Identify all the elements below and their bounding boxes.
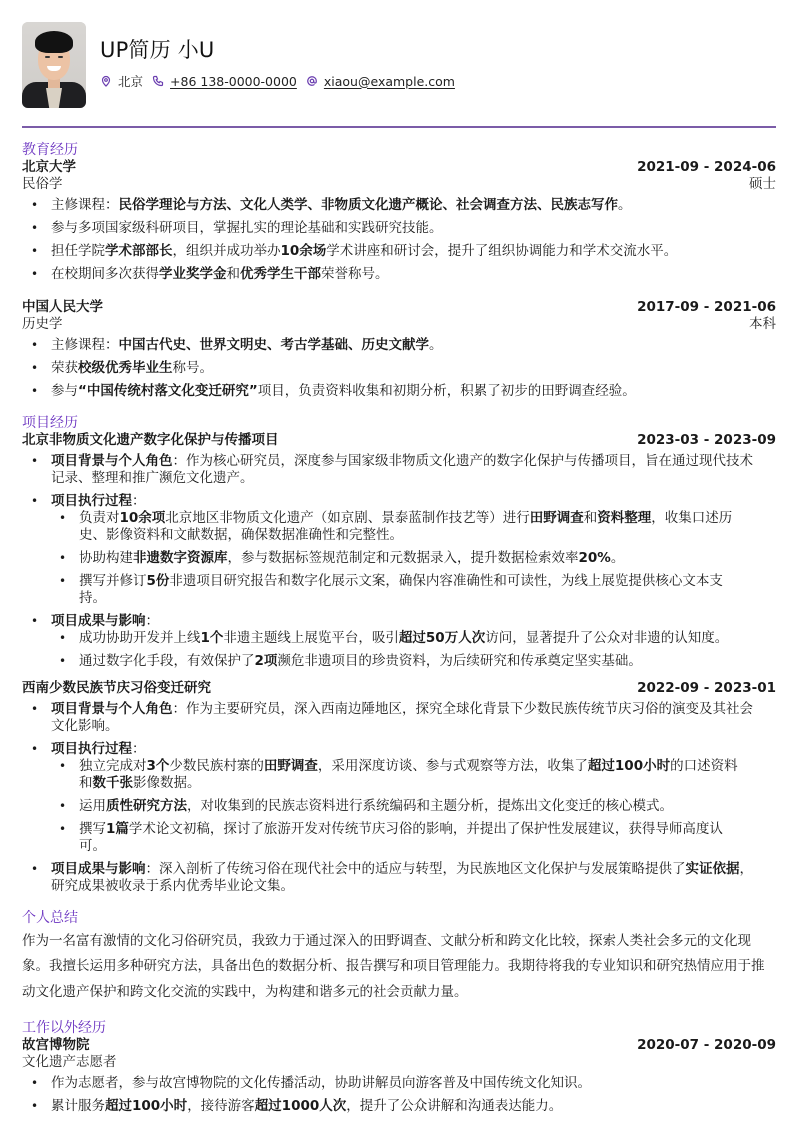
education-section: 教育经历 北京大学2021-09 - 2024-06民俗学硕士主修课程：民俗学理… (22, 141, 776, 400)
profile-photo (22, 22, 86, 108)
date-range: 2020-07 - 2020-09 (637, 1037, 776, 1054)
sub-bullet-item: 撰写并修订5份非遗项目研究报告和数字化展示文案，确保内容准确性和可读性，为线上展… (79, 573, 762, 607)
education-entry: 中国人民大学2017-09 - 2021-06历史学本科主修课程：中国古代史、世… (22, 299, 776, 400)
header-divider (22, 126, 776, 128)
contact-phone: +86 138-0000-0000 (152, 74, 297, 89)
emphasis-text: 质性研究方法 (106, 798, 187, 814)
emphasis-text: 超过50万人次 (399, 630, 485, 646)
date-range: 2021-09 - 2024-06 (637, 159, 776, 176)
text-run: 负责对 (79, 510, 120, 526)
bullet-list: 主修课程：民俗学理论与方法、文化人类学、非物质文化遗产概论、社会调查方法、民族志… (22, 197, 776, 283)
text-run: ，接待游客 (187, 1098, 255, 1114)
text-run: 累计服务 (51, 1098, 105, 1114)
bullet-item: 累计服务超过100小时，接待游客超过1000人次，提升了公众讲解和沟通表达能力。 (51, 1098, 776, 1115)
emphasis-text: 资料整理 (597, 510, 651, 526)
emphasis-text: 超过100小时 (105, 1098, 187, 1114)
text-run: 和 (227, 266, 241, 282)
text-run: 参与多项国家级科研项目，掌握扎实的理论基础和实践研究技能。 (51, 220, 443, 236)
emphasis-text: “中国传统村落文化变迁研究” (78, 383, 258, 399)
education-entry: 北京大学2021-09 - 2024-06民俗学硕士主修课程：民俗学理论与方法、… (22, 159, 776, 283)
emphasis-text: 校级优秀毕业生 (78, 360, 173, 376)
emphasis-text: 2项 (255, 653, 278, 669)
text-run: 非遗主题线上展览平台，吸引 (223, 630, 399, 646)
entry-row: 北京非物质文化遗产数字化保护与传播项目2023-03 - 2023-09 (22, 432, 776, 449)
text-run: 访问，显著提升了公众对非遗的认知度。 (485, 630, 728, 646)
text-run: ： (146, 613, 160, 629)
emphasis-text: 中国古代史、世界文明史、考古学基础、历史文献学 (119, 337, 430, 353)
summary-text: 作为一名富有激情的文化习俗研究员，我致力于通过深入的田野调查、文献分析和跨文化比… (22, 929, 776, 1006)
emphasis-text: 项目背景与个人角色 (51, 701, 173, 717)
project-name: 西南少数民族节庆习俗变迁研究 (22, 680, 211, 697)
project-entry: 西南少数民族节庆习俗变迁研究2022-09 - 2023-01项目背景与个人角色… (22, 680, 776, 895)
entry-row: 民俗学硕士 (22, 176, 776, 193)
emphasis-text: 项目成果与影响 (51, 613, 146, 629)
text-run: 非遗项目研究报告和数字化展示文案，确保内容准确性和可读性，为线上展览提供核心文本… (79, 573, 723, 606)
degree: 本科 (749, 316, 776, 333)
phone-icon (152, 75, 164, 87)
bullet-item: 项目执行过程：负责对10余项北京地区非物质文化遗产（如京剧、景泰蓝制作技艺等）进… (51, 493, 776, 607)
emphasis-text: 田野调查 (264, 758, 318, 774)
emphasis-text: 项目执行过程 (51, 741, 132, 757)
emphasis-text: 5份 (147, 573, 170, 589)
emphasis-text: 20% (579, 550, 611, 566)
date-range: 2017-09 - 2021-06 (637, 299, 776, 316)
contact-email: xiaou@example.com (306, 74, 455, 89)
text-run: 北京地区非物质文化遗产（如京剧、景泰蓝制作技艺等）进行 (165, 510, 530, 526)
sub-bullet-list: 成功协助开发并上线1个非遗主题线上展览平台，吸引超过50万人次访问，显著提升了公… (51, 630, 762, 670)
bullet-item: 参与“中国传统村落文化变迁研究”项目，负责资料收集和初期分析，积累了初步的田野调… (51, 383, 776, 400)
text-run: ：深入剖析了传统习俗在现代社会中的适应与转型，为民族地区文化保护与发展策略提供了 (146, 861, 686, 877)
bullet-item: 主修课程：民俗学理论与方法、文化人类学、非物质文化遗产概论、社会调查方法、民族志… (51, 197, 776, 214)
date-range: 2022-09 - 2023-01 (637, 680, 776, 697)
emphasis-text: 实证依据 (686, 861, 740, 877)
bullet-item: 项目执行过程：独立完成对3个少数民族村寨的田野调查，采用深度访谈、参与式观察等方… (51, 741, 776, 855)
header-info: UP简历 小U 北京 +86 138-0000-0000 (100, 22, 464, 90)
bullet-item: 作为志愿者，参与故宫博物院的文化传播活动，协助讲解员向游客普及中国传统文化知识。 (51, 1075, 776, 1092)
text-run: 。 (429, 337, 443, 353)
other-experience-section: 工作以外经历 故宫博物院2020-07 - 2020-09文化遗产志愿者作为志愿… (22, 1019, 776, 1115)
emphasis-text: 学术部部长 (105, 243, 173, 259)
entry-row: 历史学本科 (22, 316, 776, 333)
major: 历史学 (22, 316, 63, 333)
phone-link[interactable]: +86 138-0000-0000 (170, 74, 297, 89)
bullet-list: 项目背景与个人角色：作为核心研究员，深度参与国家级非物质文化遗产的数字化保护与传… (22, 453, 776, 670)
text-run: 称号。 (173, 360, 214, 376)
candidate-name: UP简历 小U (100, 37, 464, 63)
text-run: 和 (584, 510, 598, 526)
emphasis-text: 10余项 (120, 510, 166, 526)
sub-bullet-item: 撰写1篇学术论文初稿，探讨了旅游开发对传统节庆习俗的影响，并提出了保护性发展建议… (79, 821, 762, 855)
organization-name: 故宫博物院 (22, 1037, 90, 1054)
project-name: 北京非物质文化遗产数字化保护与传播项目 (22, 432, 279, 449)
bullet-item: 项目背景与个人角色：作为核心研究员，深度参与国家级非物质文化遗产的数字化保护与传… (51, 453, 776, 487)
text-run: 成功协助开发并上线 (79, 630, 201, 646)
emphasis-text: 数千张 (93, 775, 134, 791)
emphasis-text: 超过1000人次 (255, 1098, 347, 1114)
emphasis-text: 项目成果与影响 (51, 861, 146, 877)
text-run: 担任学院 (51, 243, 105, 259)
text-run: ： (132, 741, 146, 757)
email-link[interactable]: xiaou@example.com (324, 74, 455, 89)
text-run: ，参与数据标签规范制定和元数据录入，提升数据检索效率 (228, 550, 579, 566)
other-experience-entry: 故宫博物院2020-07 - 2020-09文化遗产志愿者作为志愿者，参与故宫博… (22, 1037, 776, 1115)
major: 民俗学 (22, 176, 63, 193)
text-run: 主修课程： (51, 197, 119, 213)
text-run: 撰写并修订 (79, 573, 147, 589)
text-run: ： (132, 493, 146, 509)
resume-page: UP简历 小U 北京 +86 138-0000-0000 (0, 0, 799, 1115)
bullet-list: 项目背景与个人角色：作为主要研究员，深入西南边陲地区，探究全球化背景下少数民族传… (22, 701, 776, 895)
text-run: 在校期间多次获得 (51, 266, 159, 282)
summary-section: 个人总结 作为一名富有激情的文化习俗研究员，我致力于通过深入的田野调查、文献分析… (22, 909, 776, 1006)
text-run: 影像数据。 (133, 775, 201, 791)
text-run: 协助构建 (79, 550, 133, 566)
text-run: 作为志愿者，参与故宫博物院的文化传播活动，协助讲解员向游客普及中国传统文化知识。 (51, 1075, 591, 1091)
text-run: 独立完成对 (79, 758, 147, 774)
text-run: 濒危非遗项目的珍贵资料，为后续研究和传承奠定坚实基础。 (277, 653, 642, 669)
bullet-item: 项目成果与影响：深入剖析了传统习俗在现代社会中的适应与转型，为民族地区文化保护与… (51, 861, 776, 895)
entry-row: 文化遗产志愿者 (22, 1054, 776, 1071)
date-range: 2023-03 - 2023-09 (637, 432, 776, 449)
text-run: 项目，负责资料收集和初期分析，积累了初步的田野调查经验。 (258, 383, 636, 399)
text-run: 撰写 (79, 821, 106, 837)
at-sign-icon (306, 75, 318, 87)
section-title-summary: 个人总结 (22, 909, 776, 927)
text-run: 主修课程： (51, 337, 119, 353)
emphasis-text: 非遗数字资源库 (133, 550, 228, 566)
sub-bullet-item: 运用质性研究方法，对收集到的民族志资料进行系统编码和主题分析，提炼出文化变迁的核… (79, 798, 762, 815)
text-run: ，组织并成功举办 (173, 243, 281, 259)
section-title-education: 教育经历 (22, 141, 776, 159)
school-name: 中国人民大学 (22, 299, 103, 316)
bullet-list: 主修课程：中国古代史、世界文明史、考古学基础、历史文献学。荣获校级优秀毕业生称号… (22, 337, 776, 400)
location-text: 北京 (118, 72, 143, 90)
text-run: 学术论文初稿，探讨了旅游开发对传统节庆习俗的影响，并提出了保护性发展建议，获得导… (79, 821, 723, 854)
sub-bullet-item: 通过数字化手段，有效保护了2项濒危非遗项目的珍贵资料，为后续研究和传承奠定坚实基… (79, 653, 762, 670)
emphasis-text: 民俗学理论与方法、文化人类学、非物质文化遗产概论、社会调查方法、民族志写作 (119, 197, 619, 213)
text-run: ，采用深度访谈、参与式观察等方法，收集了 (318, 758, 588, 774)
bullet-item: 参与多项国家级科研项目，掌握扎实的理论基础和实践研究技能。 (51, 220, 776, 237)
degree: 硕士 (749, 176, 776, 193)
text-run: 运用 (79, 798, 106, 814)
emphasis-text: 10余场 (281, 243, 327, 259)
entry-row: 西南少数民族节庆习俗变迁研究2022-09 - 2023-01 (22, 680, 776, 697)
entry-row: 北京大学2021-09 - 2024-06 (22, 159, 776, 176)
sub-bullet-list: 独立完成对3个少数民族村寨的田野调查，采用深度访谈、参与式观察等方法，收集了超过… (51, 758, 762, 855)
bullet-item: 主修课程：中国古代史、世界文明史、考古学基础、历史文献学。 (51, 337, 776, 354)
sub-bullet-item: 负责对10余项北京地区非物质文化遗产（如京剧、景泰蓝制作技艺等）进行田野调查和资… (79, 510, 762, 544)
contact-location: 北京 (100, 72, 143, 90)
bullet-item: 项目成果与影响：成功协助开发并上线1个非遗主题线上展览平台，吸引超过50万人次访… (51, 613, 776, 670)
location-pin-icon (100, 75, 112, 87)
text-run: ，提升了公众讲解和沟通表达能力。 (346, 1098, 562, 1114)
text-run: 少数民族村寨的 (169, 758, 264, 774)
sub-bullet-item: 协助构建非遗数字资源库，参与数据标签规范制定和元数据录入，提升数据检索效率20%… (79, 550, 762, 567)
emphasis-text: 1篇 (106, 821, 129, 837)
bullet-list: 作为志愿者，参与故宫博物院的文化传播活动，协助讲解员向游客普及中国传统文化知识。… (22, 1075, 776, 1115)
text-run: 。 (618, 197, 632, 213)
school-name: 北京大学 (22, 159, 76, 176)
entry-row: 中国人民大学2017-09 - 2021-06 (22, 299, 776, 316)
text-run: 荣获 (51, 360, 78, 376)
resume-header: UP简历 小U 北京 +86 138-0000-0000 (22, 0, 776, 108)
projects-section: 项目经历 北京非物质文化遗产数字化保护与传播项目2023-03 - 2023-0… (22, 414, 776, 895)
emphasis-text: 优秀学生干部 (240, 266, 321, 282)
role-title: 文化遗产志愿者 (22, 1054, 117, 1071)
emphasis-text: 学业奖学金 (159, 266, 227, 282)
project-entry: 北京非物质文化遗产数字化保护与传播项目2023-03 - 2023-09项目背景… (22, 432, 776, 670)
entry-row: 故宫博物院2020-07 - 2020-09 (22, 1037, 776, 1054)
sub-bullet-item: 独立完成对3个少数民族村寨的田野调查，采用深度访谈、参与式观察等方法，收集了超过… (79, 758, 762, 792)
contact-row: 北京 +86 138-0000-0000 xiaou@example.com (100, 72, 464, 90)
emphasis-text: 超过100小时 (588, 758, 670, 774)
bullet-item: 在校期间多次获得学业奖学金和优秀学生干部荣誉称号。 (51, 266, 776, 283)
bullet-item: 担任学院学术部部长，组织并成功举办10余场学术讲座和研讨会，提升了组织协调能力和… (51, 243, 776, 260)
sub-bullet-item: 成功协助开发并上线1个非遗主题线上展览平台，吸引超过50万人次访问，显著提升了公… (79, 630, 762, 647)
text-run: 参与 (51, 383, 78, 399)
section-title-projects: 项目经历 (22, 414, 776, 432)
text-run: 荣誉称号。 (321, 266, 389, 282)
emphasis-text: 3个 (147, 758, 170, 774)
bullet-item: 荣获校级优秀毕业生称号。 (51, 360, 776, 377)
emphasis-text: 田野调查 (530, 510, 584, 526)
section-title-other: 工作以外经历 (22, 1019, 776, 1037)
emphasis-text: 1个 (201, 630, 224, 646)
emphasis-text: 项目背景与个人角色 (51, 453, 173, 469)
text-run: ，对收集到的民族志资料进行系统编码和主题分析，提炼出文化变迁的核心模式。 (187, 798, 673, 814)
text-run: 通过数字化手段，有效保护了 (79, 653, 255, 669)
text-run: 。 (611, 550, 625, 566)
sub-bullet-list: 负责对10余项北京地区非物质文化遗产（如京剧、景泰蓝制作技艺等）进行田野调查和资… (51, 510, 762, 607)
emphasis-text: 项目执行过程 (51, 493, 132, 509)
bullet-item: 项目背景与个人角色：作为主要研究员，深入西南边陲地区，探究全球化背景下少数民族传… (51, 701, 776, 735)
text-run: 学术讲座和研讨会，提升了组织协调能力和学术交流水平。 (326, 243, 677, 259)
